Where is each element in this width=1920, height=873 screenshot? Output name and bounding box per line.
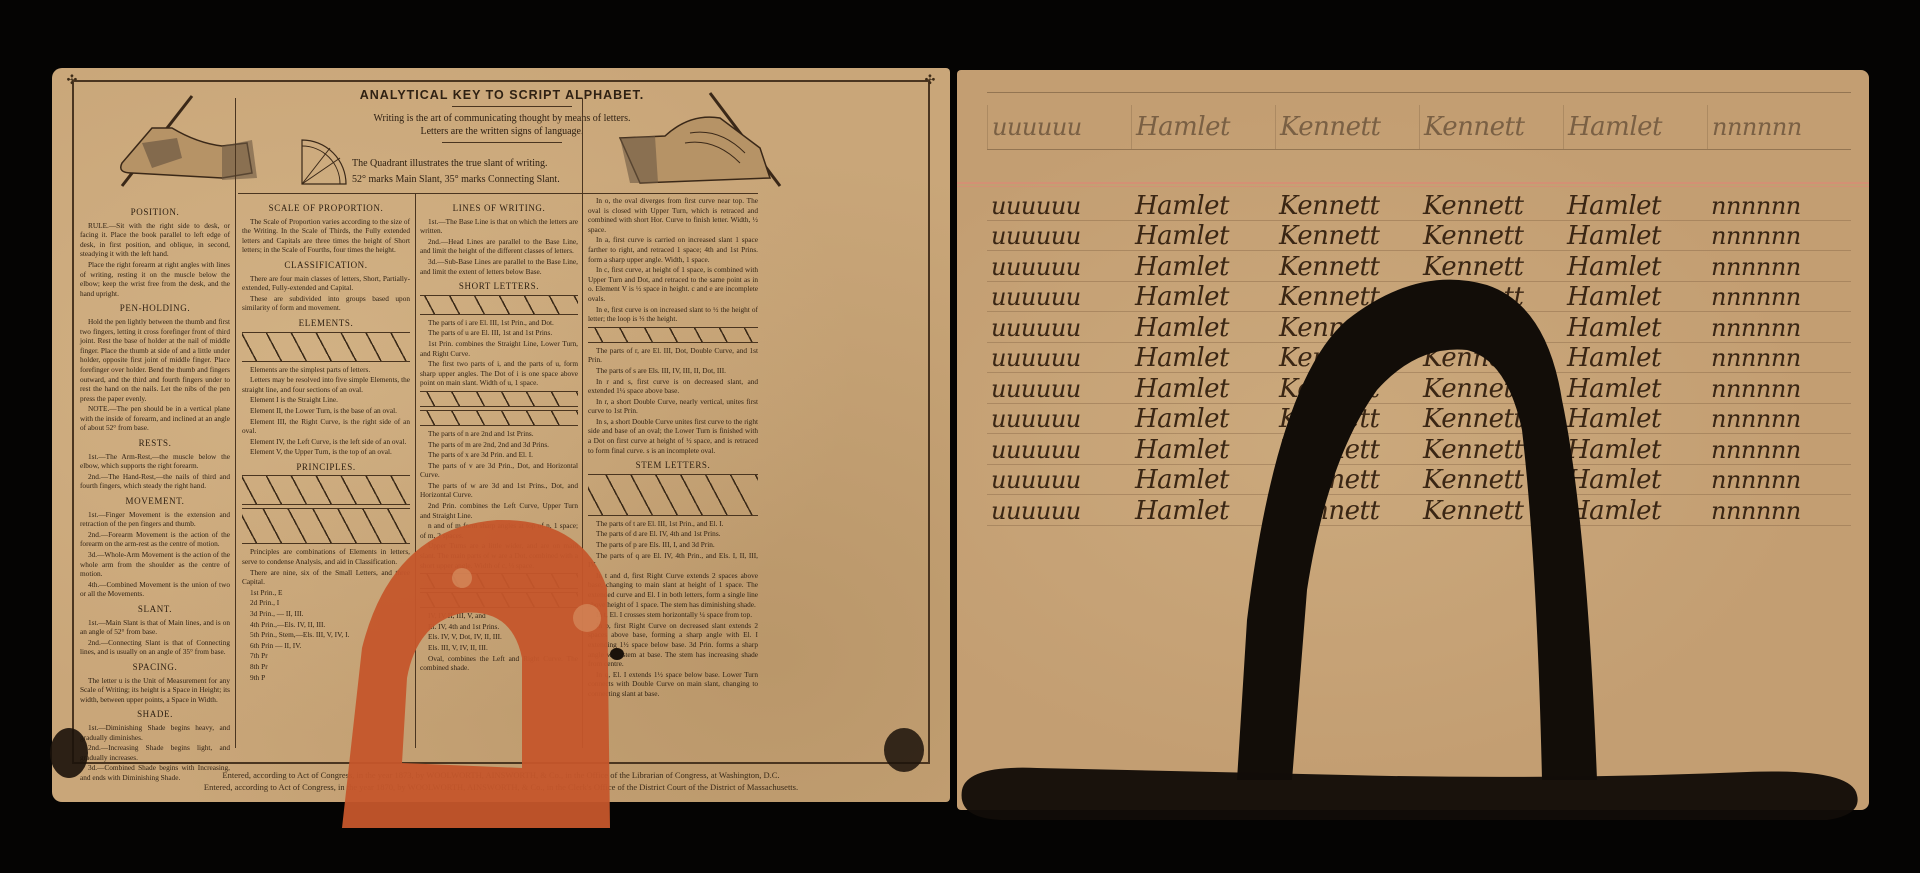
handwritten-word: uuuuuu (987, 466, 1131, 494)
list-item: 3d Prin., — II, III. (242, 609, 410, 619)
handwritten-word: uuuuuu (987, 436, 1131, 464)
paragraph: 2nd.—Forearm Movement is the action of t… (80, 530, 230, 549)
practice-row: uuuuuuHamletKennettKennettHamletnnnnnn (987, 495, 1851, 526)
practice-row: uuuuuuHamletKennettKennettHamletnnnnnn (987, 312, 1851, 343)
practice-row: uuuuuuHamletKennettKennettHamletnnnnnn (987, 465, 1851, 496)
paragraph: El. IV, 4th and 1st Prins. (420, 622, 578, 632)
paragraph: Element IV, the Left Curve, is the left … (242, 437, 410, 447)
handwritten-word: Kennett (1275, 405, 1419, 433)
paragraph: The parts of n are 2nd and 1st Prins. (420, 429, 578, 439)
handwritten-word: Kennett (1275, 314, 1419, 342)
handwritten-word: Kennett (1275, 344, 1419, 372)
section-heading: CLASSIFICATION. (242, 261, 410, 271)
short-letters-diagram (420, 391, 578, 407)
handwritten-word: Hamlet (1563, 375, 1707, 403)
handwritten-word: uuuuuu (987, 497, 1131, 525)
handwritten-word: Kennett (1419, 344, 1563, 372)
handwritten-word: Kennett (1419, 497, 1563, 525)
paragraph: These are subdivided into groups based u… (242, 294, 410, 313)
handwritten-word: Kennett (1419, 192, 1563, 220)
handwritten-word: Kennett (1419, 283, 1563, 311)
paragraph: Oval, combines the Left and Right Curve.… (420, 654, 578, 673)
section-heading: MOVEMENT. (80, 497, 230, 507)
section-heading: LINES OF WRITING. (420, 204, 578, 214)
handwritten-word: Hamlet (1131, 375, 1275, 403)
section-heading: SPACING. (80, 663, 230, 673)
paragraph: 2nd.—Increasing Shade begins light, and … (80, 743, 230, 762)
copy-word: Kennett (1275, 105, 1419, 149)
handwritten-word: Kennett (1419, 436, 1563, 464)
paragraph: The parts of s are Els. III, IV, III, II… (588, 366, 758, 376)
paragraph: The first two parts of i, and the parts … (420, 359, 578, 388)
short-letters-diagram (420, 573, 578, 589)
handwritten-word: Kennett (1419, 222, 1563, 250)
handwritten-word: Hamlet (1131, 253, 1275, 281)
red-margin-rule (957, 186, 1869, 187)
paragraph: 1st.—Diminishing Shade begins heavy, and… (80, 723, 230, 742)
handwritten-word: Kennett (1419, 253, 1563, 281)
red-margin-rule (957, 182, 1869, 184)
principles-diagram (242, 475, 410, 505)
handwritten-word: nnnnnn (1707, 497, 1851, 525)
handwritten-word: Hamlet (1131, 192, 1275, 220)
paragraph: Principles are combinations of Elements … (242, 547, 410, 566)
list-item: 9th P (242, 673, 410, 683)
paragraph: Place the right forearm at right angles … (80, 260, 230, 298)
paragraph: The parts of u are El. III, 1st and 1st … (420, 328, 578, 338)
section-heading: ELEMENTS. (242, 319, 410, 329)
column-divider (582, 98, 583, 748)
column-position-rules: POSITION. RULE.—Sit with the right side … (80, 202, 230, 783)
practice-row: uuuuuuHamletKennettKennettHamletnnnnnn (987, 373, 1851, 404)
elements-diagram (242, 332, 410, 362)
handwritten-word: Kennett (1275, 192, 1419, 220)
handwritten-word: Kennett (1419, 405, 1563, 433)
paragraph: RULE.—Sit with the right side to desk, o… (80, 221, 230, 259)
paragraph: IV, IV II, III, V, and (420, 611, 578, 621)
copy-word: Hamlet (1563, 105, 1707, 149)
paragraph: In r and s, first curve is on decreased … (588, 377, 758, 396)
oval-letters-diagram (588, 327, 758, 343)
handwritten-word: Kennett (1275, 436, 1419, 464)
handwritten-word: nnnnnn (1707, 375, 1851, 403)
handwritten-word: nnnnnn (1707, 253, 1851, 281)
list-item: 8th Pr (242, 662, 410, 672)
handwritten-word: Kennett (1419, 314, 1563, 342)
handwritten-word: uuuuuu (987, 314, 1131, 342)
handwritten-word: Hamlet (1131, 283, 1275, 311)
paragraph: The parts of r, are El. III, Dot, Double… (588, 346, 758, 365)
divider (452, 106, 572, 107)
quadrant-diagram-icon (300, 136, 355, 186)
section-heading: PEN-HOLDING. (80, 304, 230, 314)
handwritten-word: uuuuuu (987, 192, 1131, 220)
paragraph: In t and d, first Right Curve extends 2 … (588, 571, 758, 609)
paragraph: 1st.—Finger Movement is the extension an… (80, 510, 230, 529)
stem-letters-diagram (588, 474, 758, 516)
paragraph: Elements are the simplest parts of lette… (242, 365, 410, 375)
handwritten-word: uuuuuu (987, 253, 1131, 281)
principles-ovals-diagram (242, 508, 410, 544)
copyright-line: Entered, according to Act of Congress, i… (52, 782, 950, 792)
handwritten-word: Hamlet (1563, 405, 1707, 433)
short-letters-diagram (420, 592, 578, 608)
paragraph: In a, first curve is carried on increase… (588, 235, 758, 264)
handwritten-word: Hamlet (1131, 466, 1275, 494)
section-heading: RESTS. (80, 439, 230, 449)
practice-row: uuuuuuHamletKennettKennettHamletnnnnnn (987, 190, 1851, 221)
handwritten-word: Hamlet (1563, 497, 1707, 525)
handwritten-word: nnnnnn (1707, 222, 1851, 250)
handwritten-word: Hamlet (1563, 283, 1707, 311)
paragraph: In e, first curve is on increased slant … (588, 305, 758, 324)
handwritten-word: uuuuuu (987, 283, 1131, 311)
paragraph: The letter u is the Unit of Measurement … (80, 676, 230, 705)
handwritten-word: Hamlet (1563, 466, 1707, 494)
copy-word: Hamlet (1131, 105, 1275, 149)
section-heading: POSITION. (80, 208, 230, 218)
paragraph: Element I is the Straight Line. (242, 395, 410, 405)
handwritten-word: Kennett (1275, 375, 1419, 403)
paragraph: The Scale of Proportion varies according… (242, 217, 410, 255)
handwritten-word: Hamlet (1131, 222, 1275, 250)
paragraph: Element II, the Lower Turn, is the base … (242, 406, 410, 416)
copy-word: uuuuuu (987, 105, 1131, 149)
handwritten-word: nnnnnn (1707, 192, 1851, 220)
practice-rows: uuuuuuHamletKennettKennettHamletnnnnnnuu… (987, 190, 1851, 526)
section-heading: SCALE OF PROPORTION. (242, 204, 410, 214)
corner-ornament-icon: ✣ (923, 73, 937, 87)
short-letters-diagram (420, 295, 578, 315)
handwritten-word: nnnnnn (1707, 283, 1851, 311)
paragraph: 3d.—Sub-Base Lines are parallel to the B… (420, 257, 578, 276)
handwritten-word: nnnnnn (1707, 344, 1851, 372)
handwritten-word: Hamlet (1563, 253, 1707, 281)
paragraph: NOTE.—The pen should be in a vertical pl… (80, 404, 230, 433)
handwritten-word: Hamlet (1131, 497, 1275, 525)
handwritten-word: nnnnnn (1707, 314, 1851, 342)
paragraph: There are nine, six of the Small Letters… (242, 568, 410, 587)
left-page-analytical-key: ✣ ✣ ANALYTICAL KEY TO SCRIPT ALPHABET. W… (52, 68, 950, 802)
model-row: uuuuuu Hamlet Kennett Kennett Hamlet nnn… (987, 93, 1851, 149)
list-item: 1st Prin., E (242, 588, 410, 598)
writing-hand-illustration-icon (610, 88, 800, 188)
handwritten-word: Kennett (1419, 466, 1563, 494)
paragraph: The parts of w are 3d and 1st Prins., Do… (420, 481, 578, 500)
list-item: 4th Prin.,—Els. IV, II, III. (242, 620, 410, 630)
list-item: 7th Pr (242, 651, 410, 661)
divider (238, 193, 758, 194)
column-oval-stem-letters: In o, the oval diverges from first curve… (588, 196, 758, 700)
paragraph: The parts of v are 3d Prin., Dot, and Ho… (420, 461, 578, 480)
paragraph: 1st Prin. combines the Straight Line, Lo… (420, 339, 578, 358)
paragraph: 1st.—The Base Line is that on which the … (420, 217, 578, 236)
column-scale-classification: SCALE OF PROPORTION. The Scale of Propor… (242, 198, 410, 683)
section-heading: PRINCIPLES. (242, 463, 410, 473)
handwritten-word: Hamlet (1563, 222, 1707, 250)
list-item: 2d Prin., I (242, 598, 410, 608)
practice-row: uuuuuuHamletKennettKennettHamletnnnnnn (987, 221, 1851, 252)
handwritten-word: Kennett (1275, 222, 1419, 250)
paragraph: The parts of d are El. IV, 4th and 1st P… (588, 529, 758, 539)
practice-row: uuuuuuHamletKennettKennettHamletnnnnnn (987, 251, 1851, 282)
handwritten-word: nnnnnn (1707, 466, 1851, 494)
paragraph: 2nd.—Head Lines are parallel to the Base… (420, 237, 578, 256)
handwritten-word: Hamlet (1563, 436, 1707, 464)
paragraph: The parts of p are Els. III, I, and 3d P… (588, 540, 758, 550)
handwritten-word: Hamlet (1131, 314, 1275, 342)
paragraph: In t, El. I crosses stem horizontally ¼ … (588, 610, 758, 620)
paragraph: Hold the pen lightly between the thumb a… (80, 317, 230, 403)
handwritten-word: uuuuuu (987, 222, 1131, 250)
practice-row: uuuuuuHamletKennettKennettHamletnnnnnn (987, 282, 1851, 313)
column-lines-short-letters: LINES OF WRITING. 1st.—The Base Line is … (420, 198, 578, 674)
paragraph: In r, a short Double Curve, nearly verti… (588, 397, 758, 416)
copy-word: Kennett (1419, 105, 1563, 149)
copy-word: nnnnnn (1707, 105, 1851, 149)
handwritten-word: nnnnnn (1707, 405, 1851, 433)
practice-row: uuuuuuHamletKennettKennettHamletnnnnnn (987, 404, 1851, 435)
practice-row: uuuuuuHamletKennettKennettHamletnnnnnn (987, 343, 1851, 374)
section-heading: SHORT LETTERS. (420, 282, 578, 292)
paragraph: There are four main classes of letters, … (242, 274, 410, 293)
handwritten-word: Kennett (1275, 497, 1419, 525)
section-heading: SHADE. (80, 710, 230, 720)
copyright-line: Entered, according to Act of Congress, i… (52, 770, 950, 780)
paragraph: The parts of x are 3d Prin. and El. I. (420, 450, 578, 460)
paragraph: The parts of q are El. IV, 4th Prin., an… (588, 551, 758, 570)
paragraph: 3d.—Whole-Arm Movement is the action of … (80, 550, 230, 579)
paragraph: 2nd Prin. combines the Left Curve, Upper… (420, 501, 578, 520)
paragraph: Element V, the Upper Turn, is the top of… (242, 447, 410, 457)
handwritten-word: uuuuuu (987, 344, 1131, 372)
paragraph: 2nd.—Connecting Slant is that of Connect… (80, 638, 230, 657)
short-letters-diagram (420, 410, 578, 426)
handwritten-word: Kennett (1275, 466, 1419, 494)
corner-ornament-icon: ✣ (65, 73, 79, 87)
handwritten-word: Kennett (1275, 253, 1419, 281)
paragraph: The parts of m are 2nd, 2nd and 3d Prins… (420, 440, 578, 450)
column-divider (235, 98, 236, 748)
paragraph: n and of m form sharp angles at top of n… (420, 521, 578, 540)
section-heading: SLANT. (80, 605, 230, 615)
handwritten-word: nnnnnn (1707, 436, 1851, 464)
divider (442, 142, 562, 143)
paragraph: Els. IV, V, Dot, IV, II, III. (420, 632, 578, 642)
paragraph: 4th.—Combined Movement is the union of t… (80, 580, 230, 599)
list-item: 6th Prin — II, IV. (242, 641, 410, 651)
handwritten-word: Hamlet (1131, 405, 1275, 433)
handwritten-word: Hamlet (1131, 436, 1275, 464)
handwritten-word: uuuuuu (987, 375, 1131, 403)
copy-header-model-row: uuuuuu Hamlet Kennett Kennett Hamlet nnn… (987, 92, 1851, 150)
paragraph: 2nd.—The Hand-Rest,—the nails of third a… (80, 472, 230, 491)
paragraph: 1st.—The Arm-Rest,—the muscle below the … (80, 452, 230, 471)
paragraph: 1st.—Main Slant is that of Main lines, a… (80, 618, 230, 637)
paragraph: Letters may be resolved into five simple… (242, 375, 410, 394)
paragraph: In q, El. I extends 1½ space below base.… (588, 670, 758, 699)
paragraph: In o, the oval diverges from first curve… (588, 196, 758, 234)
handwritten-word: Hamlet (1563, 314, 1707, 342)
handwritten-word: Kennett (1419, 375, 1563, 403)
paragraph: Els. III, V, IV, II, III. (420, 643, 578, 653)
handwritten-word: Hamlet (1563, 192, 1707, 220)
right-page-copybook: uuuuuu Hamlet Kennett Kennett Hamlet nnn… (957, 70, 1869, 810)
paragraph: In s, a short Double Curve unites first … (588, 417, 758, 455)
handwritten-word: Kennett (1275, 283, 1419, 311)
paragraph: In p, first Right Curve on decreased sla… (588, 621, 758, 669)
paragraph: In c, first curve, at height of 1 space,… (588, 265, 758, 303)
paragraph: The parts of t are El. III, 1st Prin., a… (588, 519, 758, 529)
paragraph: Element III, the Right Curve, is the rig… (242, 417, 410, 436)
paragraph: The parts of i are El. III, 1st Prin., a… (420, 318, 578, 328)
list-item: 5th Prin., Stem,—Els. III, V, IV, I. (242, 630, 410, 640)
paragraph: Upper Turns are a little wider, and are … (420, 541, 578, 570)
handwritten-word: uuuuuu (987, 405, 1131, 433)
column-divider (415, 193, 416, 748)
handwritten-word: Hamlet (1563, 344, 1707, 372)
handwritten-word: Hamlet (1131, 344, 1275, 372)
section-heading: STEM LETTERS. (588, 461, 758, 471)
practice-row: uuuuuuHamletKennettKennettHamletnnnnnn (987, 434, 1851, 465)
